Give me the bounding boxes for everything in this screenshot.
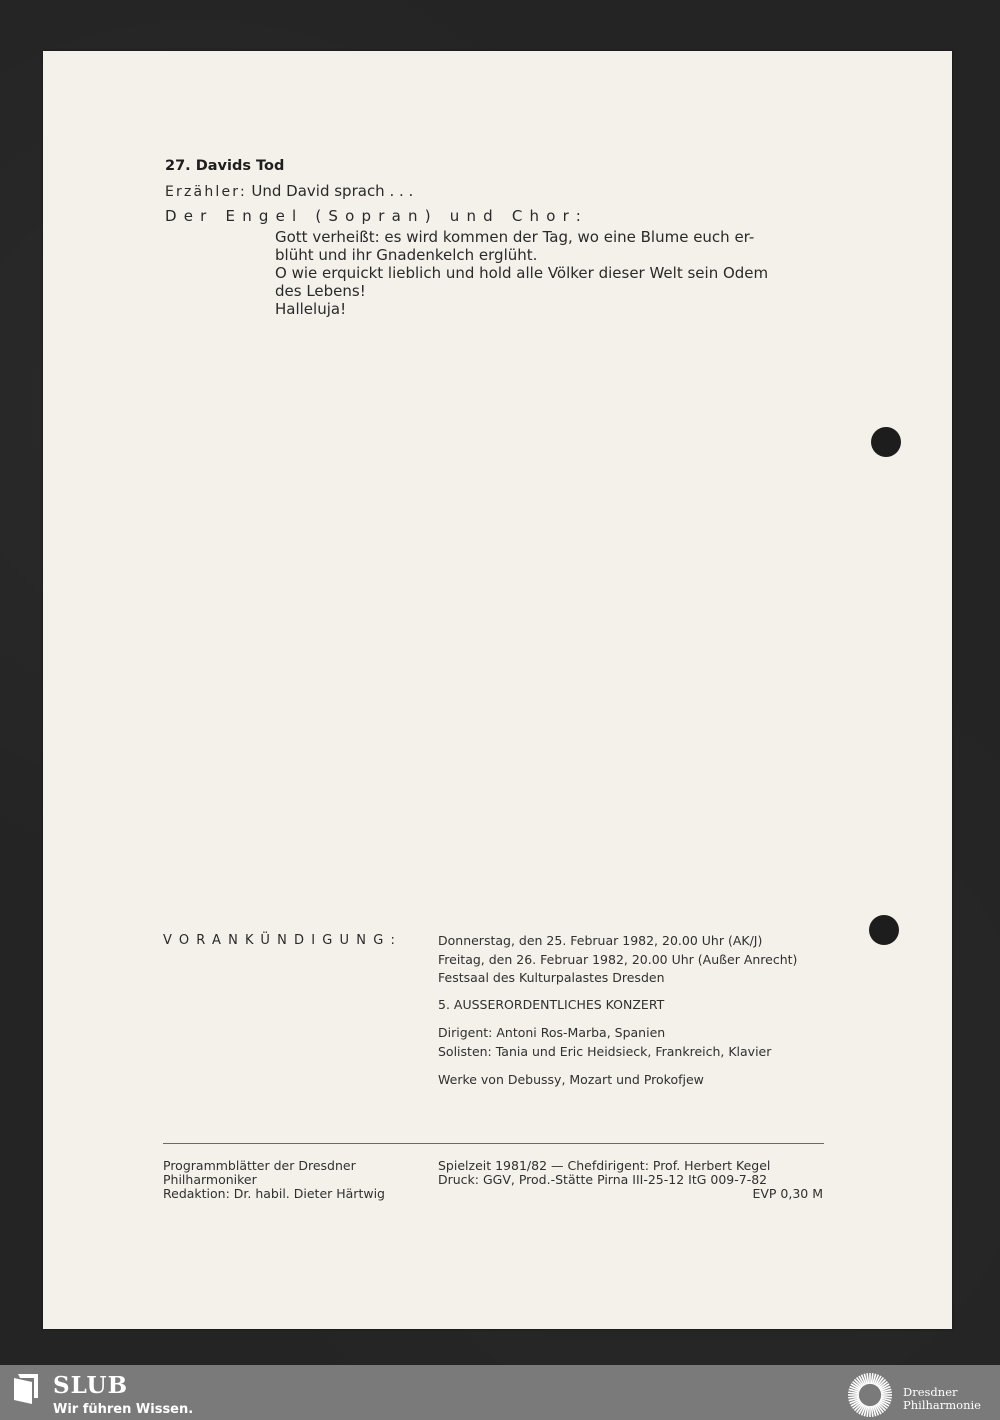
slub-logo-text[interactable]: SLUB	[53, 1372, 128, 1399]
slub-tagline: Wir führen Wissen.	[53, 1402, 193, 1417]
announcement-soloists: Solisten: Tania und Eric Heidsieck, Fran…	[438, 1043, 771, 1060]
narrator-text: Und David sprach . . .	[251, 182, 413, 200]
punch-hole-lower	[869, 915, 899, 945]
announcement-works: Werke von Debussy, Mozart und Prokofjew	[438, 1071, 704, 1088]
punch-hole-upper	[871, 427, 901, 457]
footer-left-line-2: Philharmoniker	[163, 1173, 257, 1187]
lyric-line-1: Gott verheißt: es wird kommen der Tag, w…	[275, 228, 754, 246]
lyric-line-4: des Lebens!	[275, 282, 366, 300]
footer-right-line-1: Spielzeit 1981/82 — Chefdirigent: Prof. …	[438, 1159, 770, 1173]
footer-divider	[163, 1143, 824, 1144]
philharmonie-logo-text[interactable]: Dresdner Philharmonie	[903, 1386, 981, 1412]
narrator-label: Erzähler:	[165, 184, 247, 200]
announcement-date-2: Freitag, den 26. Februar 1982, 20.00 Uhr…	[438, 951, 797, 968]
announcement-label: VORANKÜNDIGUNG:	[163, 932, 402, 950]
footer-price: EVP 0,30 M	[752, 1187, 823, 1201]
announcement-venue: Festsaal des Kulturpalastes Dresden	[438, 969, 665, 986]
narrator-line: Erzähler: Und David sprach . . .	[165, 182, 413, 201]
lyric-line-2: blüht und ihr Gnadenkelch erglüht.	[275, 246, 537, 264]
announcement-date-1: Donnerstag, den 25. Februar 1982, 20.00 …	[438, 932, 762, 949]
slub-book-icon[interactable]	[14, 1374, 38, 1404]
announcement-conductor: Dirigent: Antoni Ros-Marba, Spanien	[438, 1024, 665, 1041]
section-title: 27. Davids Tod	[165, 157, 284, 175]
lyric-line-5: Halleluja!	[275, 300, 346, 318]
footer-left-line-3: Redaktion: Dr. habil. Dieter Härtwig	[163, 1187, 385, 1201]
announcement-concert: 5. AUSSERORDENTLICHES KONZERT	[438, 996, 664, 1013]
footer-right-line-2: Druck: GGV, Prod.-Stätte Pirna III-25-12…	[438, 1173, 767, 1187]
angel-chorus-label: Der Engel (Sopran) und Chor:	[165, 207, 588, 225]
philharmonie-name-line-2: Philharmonie	[903, 1399, 981, 1412]
philharmonie-sun-icon[interactable]	[845, 1370, 895, 1420]
footer-left-line-1: Programmblätter der Dresdner	[163, 1159, 356, 1173]
lyric-line-3: O wie erquickt lieblich und hold alle Vö…	[275, 264, 768, 282]
